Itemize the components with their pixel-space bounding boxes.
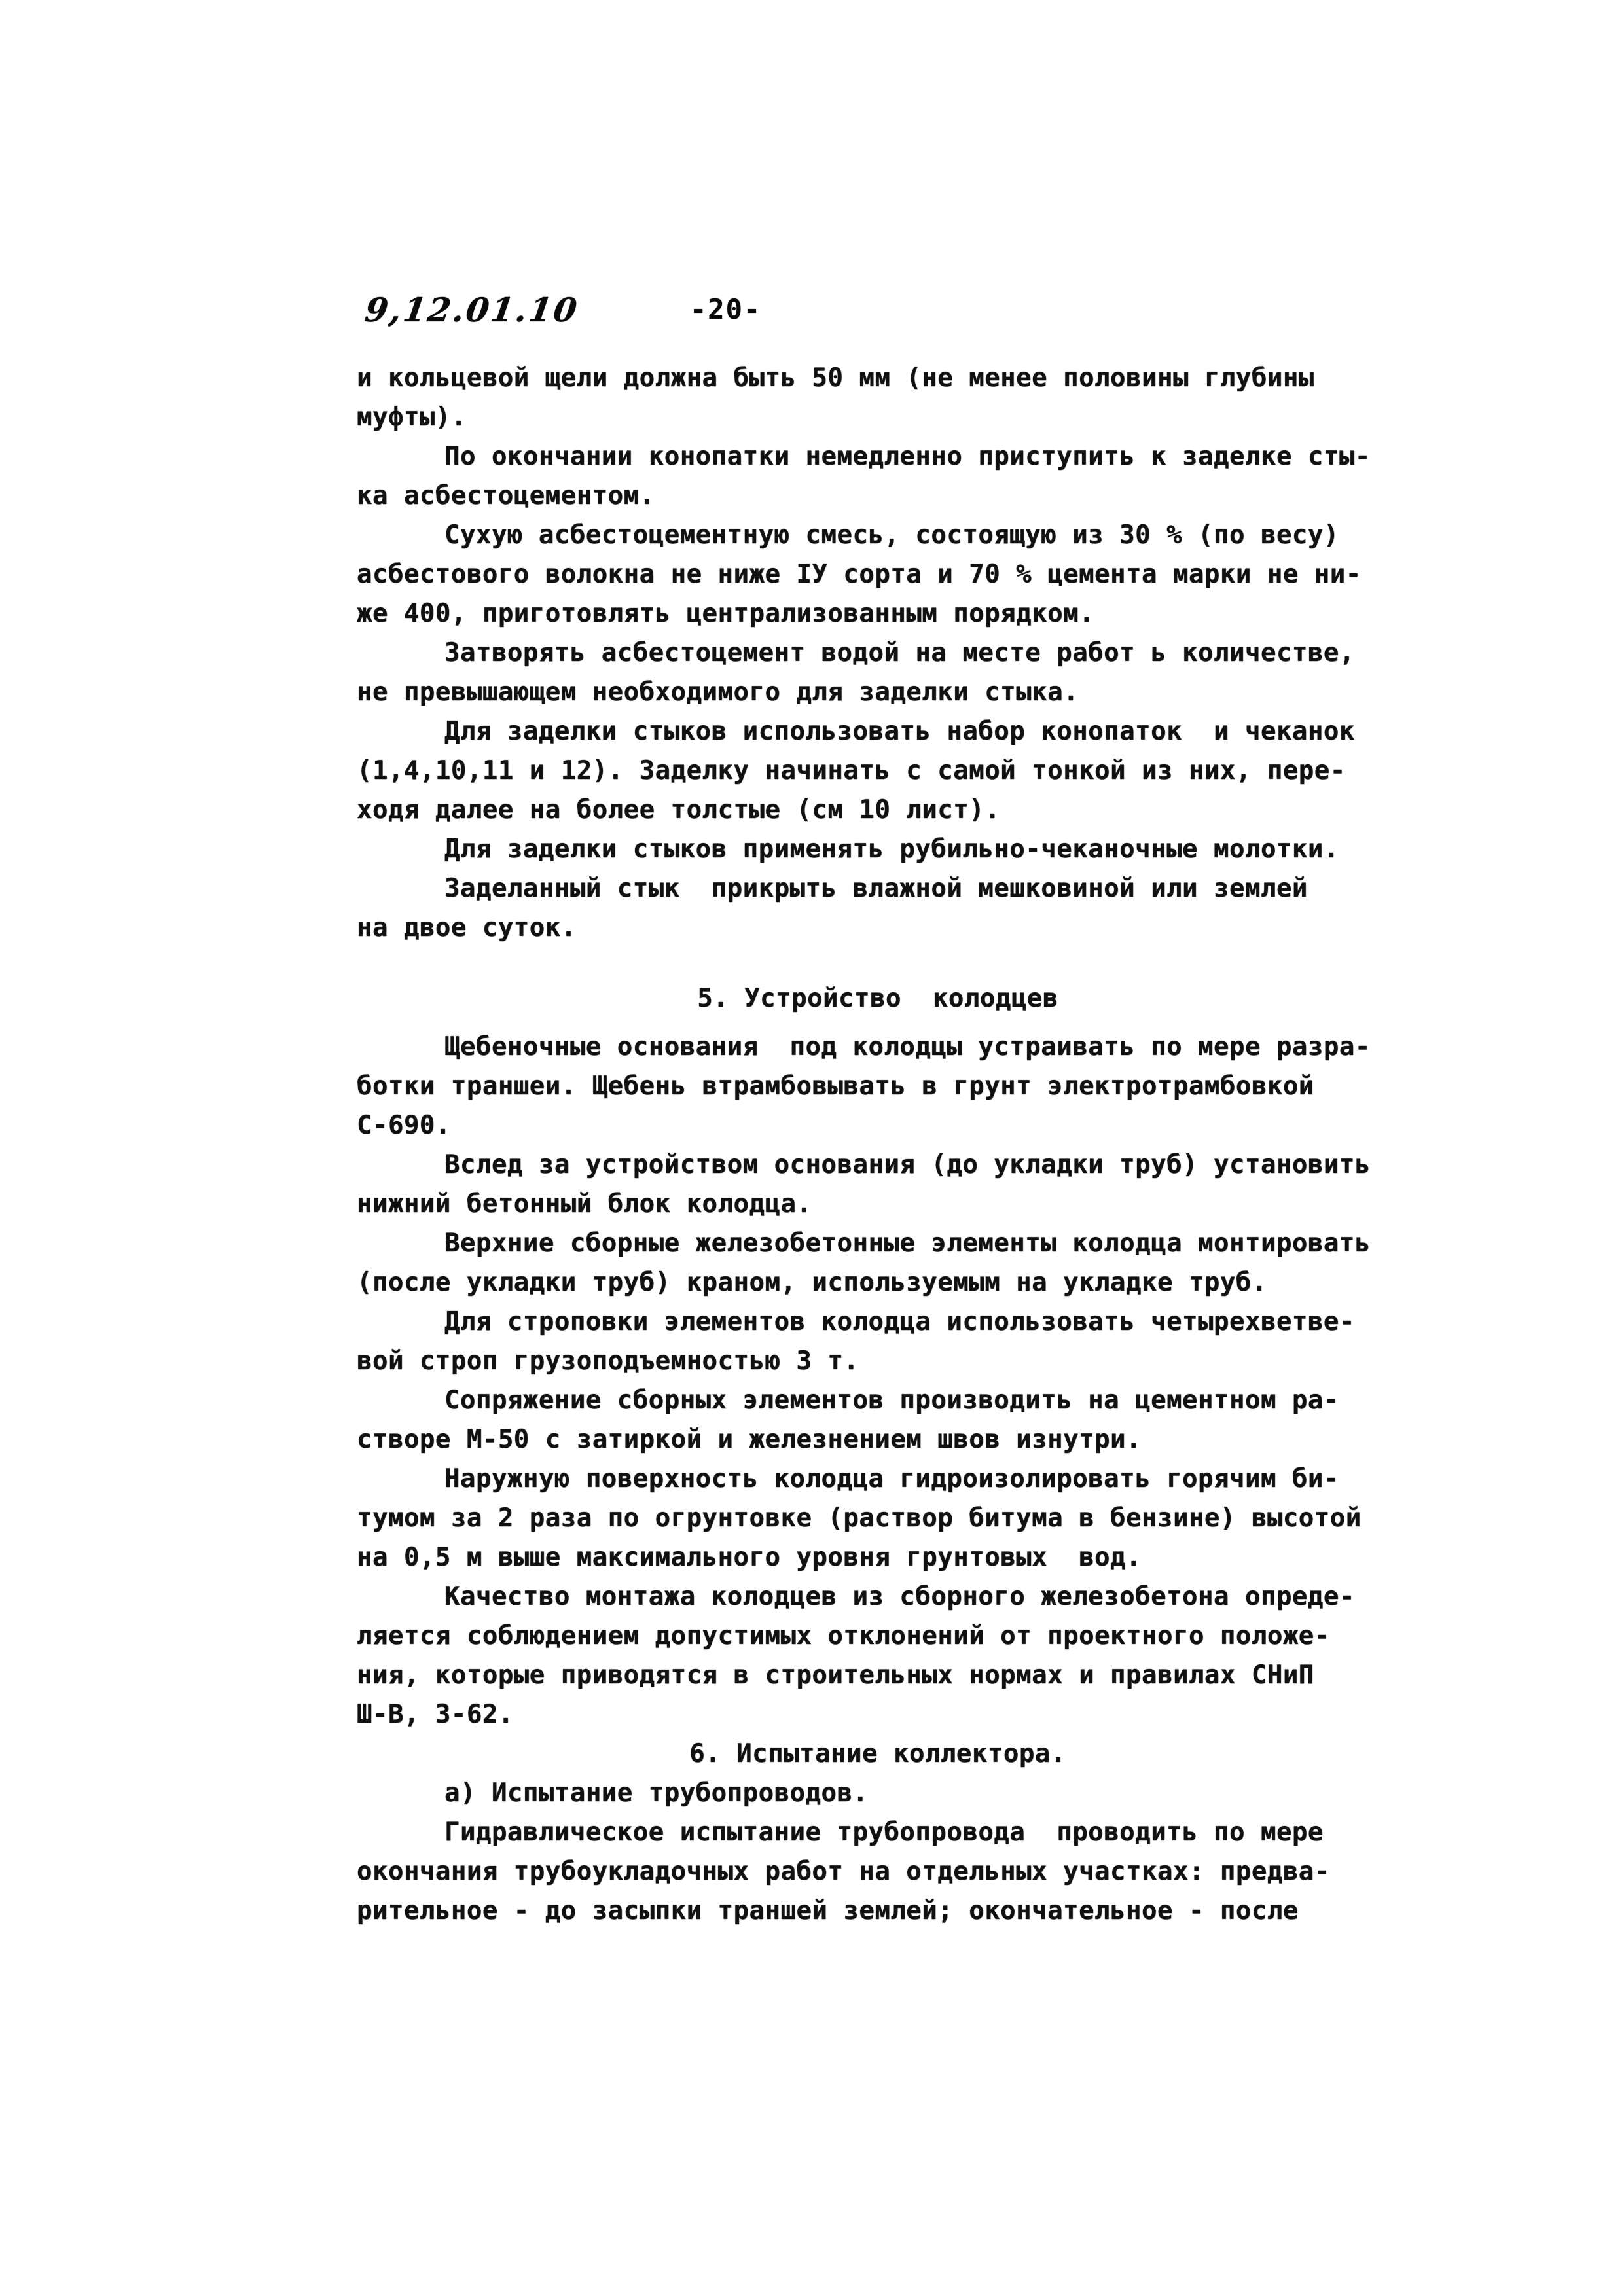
text-line: Сопряжение сборных элементов производить… [357, 1381, 1399, 1420]
text-line: Щебеночные основания под колодцы устраив… [357, 1028, 1399, 1067]
document-page: 9,12.01.10 -20- и кольцевой щели должна … [0, 0, 1624, 2296]
text-line: Для заделки стыков применять рубильно-че… [357, 830, 1399, 869]
text-line: (1,4,10,11 и 12). Заделку начинать с сам… [357, 751, 1399, 791]
text-line: Гидравлическое испытание трубопровода пр… [357, 1813, 1399, 1852]
text-line: Верхние сборные железобетонные элементы … [357, 1224, 1399, 1263]
text-line: на двое суток. [357, 908, 1399, 948]
text-line: ходя далее на более толстые (см 10 лист)… [357, 791, 1399, 830]
text-line: ботки траншеи. Щебень втрамбовывать в гр… [357, 1067, 1399, 1106]
text-line: Затворять асбестоцемент водой на месте р… [357, 634, 1399, 673]
text-line: на 0,5 м выше максимального уровня грунт… [357, 1538, 1399, 1577]
text-line: Вслед за устройством основания (до уклад… [357, 1145, 1399, 1185]
text-line: тумом за 2 раза по огрунтовке (раствор б… [357, 1499, 1399, 1538]
text-line: створе М-50 с затиркой и железнением шво… [357, 1420, 1399, 1460]
text-line: окончания трубоукладочных работ на отдел… [357, 1852, 1399, 1892]
text-line: асбестового волокна не ниже IУ сорта и 7… [357, 555, 1399, 594]
text-line: же 400, приготовлять централизованным по… [357, 594, 1399, 634]
text-line: С-690. [357, 1106, 1399, 1145]
text-line: ния, которые приводятся в строительных н… [357, 1656, 1399, 1695]
section-heading: 6. Испытание коллектора. [357, 1734, 1399, 1774]
text-line: Наружную поверхность колодца гидроизолир… [357, 1460, 1399, 1499]
text-line: и кольцевой щели должна быть 50 мм (не м… [357, 359, 1399, 398]
text-line: Качество монтажа колодцев из сборного же… [357, 1577, 1399, 1617]
text-line: не превышающем необходимого для заделки … [357, 673, 1399, 712]
text-line: Заделанный стык прикрыть влажной мешкови… [357, 869, 1399, 908]
text-line: Для заделки стыков использовать набор ко… [357, 712, 1399, 751]
text-line: Для строповки элементов колодца использо… [357, 1302, 1399, 1342]
document-number: 9,12.01.10 [363, 291, 581, 329]
section-heading: 5. Устройство колодцев [357, 979, 1399, 1018]
text-line: а) Испытание трубопроводов. [357, 1774, 1399, 1813]
text-line: ляется соблюдением допустимых отклонений… [357, 1617, 1399, 1656]
page-number: -20- [690, 293, 761, 325]
text-line: нижний бетонный блок колодца. [357, 1185, 1399, 1224]
text-line: муфты). [357, 398, 1399, 437]
text-line: ка асбестоцементом. [357, 476, 1399, 516]
text-line: По окончании конопатки немедленно присту… [357, 437, 1399, 476]
text-line: рительное - до засыпки траншей землей; о… [357, 1892, 1399, 1931]
page-header: 9,12.01.10 -20- [0, 291, 1624, 336]
text-line: Ш-В, 3-62. [357, 1695, 1399, 1734]
text-line: вой строп грузоподъемностью 3 т. [357, 1342, 1399, 1381]
text-line: (после укладки труб) краном, используемы… [357, 1263, 1399, 1302]
text-line: Сухую асбестоцементную смесь, состоящую … [357, 516, 1399, 555]
document-body: и кольцевой щели должна быть 50 мм (не м… [357, 359, 1399, 1931]
